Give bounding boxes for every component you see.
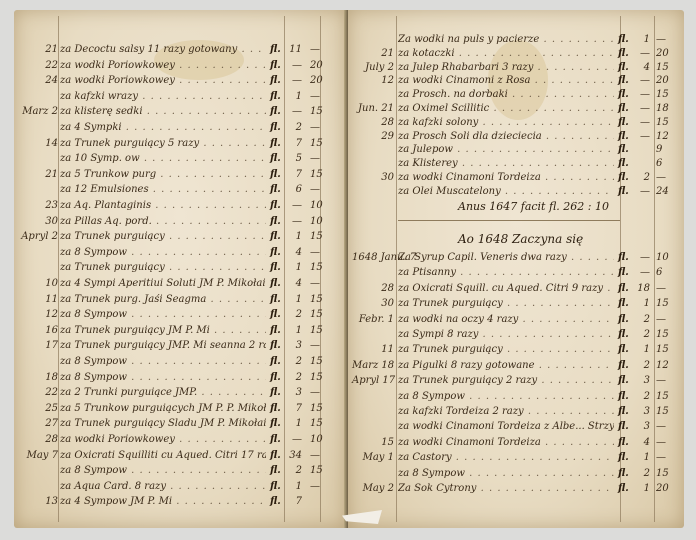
entry-date: 30 bbox=[352, 172, 394, 183]
entry-groszy: 15 bbox=[310, 169, 323, 180]
entry-description: za Trunek purguiący bbox=[60, 231, 266, 242]
entry-description: Za Sok Cytrony bbox=[398, 483, 614, 494]
entry-description: za 8 Sympow bbox=[60, 465, 266, 476]
entry-florins: 1 bbox=[276, 481, 302, 492]
entry-date: 30 bbox=[352, 298, 394, 309]
entry-groszy: 15 bbox=[656, 89, 669, 100]
entry-groszy: 15 bbox=[656, 62, 669, 73]
entry-groszy: — bbox=[656, 34, 666, 45]
entry-date: May 1 bbox=[352, 452, 394, 463]
entry-florins: 2 bbox=[276, 309, 302, 320]
entry-date: 21 bbox=[18, 169, 58, 180]
entry-description: za 8 Sympow bbox=[398, 391, 614, 402]
entry-description: za wodki Poriowkowey bbox=[60, 434, 266, 445]
entry-description: za Trunek purguiący bbox=[398, 298, 614, 309]
entry-description: za 8 Sympow bbox=[60, 309, 266, 320]
entry-florins: 7 bbox=[276, 138, 302, 149]
entry-description: za 8 Sympow bbox=[60, 372, 266, 383]
entry-groszy: 6 bbox=[656, 158, 662, 169]
entry-date: 28 bbox=[352, 283, 394, 294]
entry-description: za 8 Sympow bbox=[60, 247, 266, 258]
entry-groszy: — bbox=[656, 437, 666, 448]
entry-description: za Oxicrati Squilliti cu Aqued. Citri 17… bbox=[60, 450, 266, 461]
entry-description: za Decoctu salsy 11 razy gotowany bbox=[60, 44, 266, 55]
entry-description: za 5 Trunkow purguiących JM P. P. Mikoła… bbox=[60, 403, 266, 414]
entry-date: July 2 bbox=[352, 62, 394, 73]
entry-florins: 2 bbox=[624, 329, 650, 340]
entry-florins: — bbox=[624, 48, 650, 59]
entry-groszy: — bbox=[310, 122, 320, 133]
entry-florins: 1 bbox=[624, 34, 650, 45]
year-total: Anus 1647 facit fl. 262 : 10 bbox=[458, 200, 609, 213]
entry-groszy: 20 bbox=[310, 75, 323, 86]
entry-description: za Aqua Card. 8 razy bbox=[60, 481, 266, 492]
entry-florins: — bbox=[624, 267, 650, 278]
entry-groszy: 15 bbox=[656, 344, 669, 355]
florin-mark: fl. bbox=[618, 144, 629, 155]
entry-description: Za Syrup Capil. Veneris dwa razy bbox=[398, 252, 614, 263]
entry-florins: 4 bbox=[624, 62, 650, 73]
entry-groszy: 15 bbox=[310, 309, 323, 320]
entry-groszy: — bbox=[656, 283, 666, 294]
entry-date: 30 bbox=[18, 216, 58, 227]
entry-date: 29 bbox=[352, 131, 394, 142]
entry-description: za Trunek purguiący 2 razy bbox=[398, 375, 614, 386]
entry-groszy: 15 bbox=[656, 117, 669, 128]
entry-florins: 3 bbox=[624, 375, 650, 386]
entry-florins: — bbox=[276, 75, 302, 86]
entry-date: 27 bbox=[18, 418, 58, 429]
entry-florins: 1 bbox=[276, 231, 302, 242]
left-page: 21za Decoctu salsy 11 razy gotowanyfl.11… bbox=[14, 10, 346, 528]
entry-description: za wodki Poriowkowey bbox=[60, 60, 266, 71]
entry-groszy: 15 bbox=[310, 372, 323, 383]
entry-groszy: — bbox=[656, 375, 666, 386]
entry-florins: — bbox=[276, 200, 302, 211]
entry-date: Marz 18 bbox=[352, 360, 394, 371]
florin-mark: fl. bbox=[618, 158, 629, 169]
entry-date: 10 bbox=[18, 278, 58, 289]
entry-florins: 1 bbox=[276, 294, 302, 305]
entry-description: za Julepow bbox=[398, 144, 614, 155]
entry-florins: 4 bbox=[624, 437, 650, 448]
entry-florins: 1 bbox=[624, 483, 650, 494]
entry-florins: — bbox=[276, 216, 302, 227]
entry-description: za Prosch Soli dla dzieciecia bbox=[398, 131, 614, 142]
entry-florins: 1 bbox=[624, 452, 650, 463]
entry-description: za 4 Sympki bbox=[60, 122, 266, 133]
entry-date: 22 bbox=[18, 60, 58, 71]
entry-groszy: — bbox=[310, 387, 320, 398]
entry-description: za kotaczki bbox=[398, 48, 614, 59]
entry-groszy: 15 bbox=[656, 391, 669, 402]
entry-groszy: 12 bbox=[656, 131, 669, 142]
entry-florins: 1 bbox=[276, 91, 302, 102]
entry-florins: 4 bbox=[276, 247, 302, 258]
entry-description: za 12 Emulsiones bbox=[60, 184, 266, 195]
entry-groszy: 6 bbox=[656, 267, 662, 278]
entry-groszy: — bbox=[310, 184, 320, 195]
entry-groszy: 20 bbox=[656, 483, 669, 494]
entry-groszy: 15 bbox=[310, 106, 323, 117]
ledger-entry: May 2Za Sok Cytronyfl.120 bbox=[348, 483, 684, 501]
entry-florins: 6 bbox=[276, 184, 302, 195]
entry-groszy: — bbox=[656, 421, 666, 432]
entry-groszy: 9 bbox=[656, 144, 662, 155]
entry-florins: — bbox=[624, 75, 650, 86]
entry-description: za wodki Poriowkowey bbox=[60, 75, 266, 86]
entry-florins: 1 bbox=[624, 344, 650, 355]
entry-description: za 8 Sympow bbox=[398, 468, 614, 479]
entry-groszy: — bbox=[310, 44, 320, 55]
entry-groszy: — bbox=[656, 172, 666, 183]
entry-florins: 2 bbox=[624, 314, 650, 325]
entry-groszy: — bbox=[310, 247, 320, 258]
entry-date: 12 bbox=[18, 309, 58, 320]
entry-groszy: 12 bbox=[656, 360, 669, 371]
entry-florins: 3 bbox=[624, 421, 650, 432]
entry-date: May 7 bbox=[18, 450, 58, 461]
entry-groszy: 20 bbox=[656, 75, 669, 86]
entry-florins: — bbox=[624, 117, 650, 128]
entry-groszy: — bbox=[310, 340, 320, 351]
entry-florins: 2 bbox=[624, 360, 650, 371]
entry-groszy: 10 bbox=[310, 200, 323, 211]
entry-florins: 2 bbox=[624, 172, 650, 183]
entry-florins: 5 bbox=[276, 153, 302, 164]
entry-groszy: — bbox=[310, 450, 320, 461]
entry-florins: 4 bbox=[276, 278, 302, 289]
entry-florins: 1 bbox=[624, 298, 650, 309]
entry-groszy: 15 bbox=[656, 329, 669, 340]
entry-florins: 1 bbox=[276, 418, 302, 429]
entry-florins: 7 bbox=[276, 403, 302, 414]
entry-groszy: 20 bbox=[656, 48, 669, 59]
entry-date: 18 bbox=[18, 372, 58, 383]
entry-date: Febr. 1 bbox=[352, 314, 394, 325]
entry-description: za 5 Trunkow purg bbox=[60, 169, 266, 180]
entry-description: za Prosch. na dorbaki bbox=[398, 89, 614, 100]
entry-description: za Trunek purguiący bbox=[398, 344, 614, 355]
entry-description: za Pigulki 8 razy gotowane bbox=[398, 360, 614, 371]
entry-description: za Trunek purguiący JM P. Mi bbox=[60, 325, 266, 336]
entry-description: za Sympi 8 razy bbox=[398, 329, 614, 340]
entry-florins: — bbox=[624, 131, 650, 142]
entry-groszy: 10 bbox=[310, 216, 323, 227]
entry-groszy: 15 bbox=[310, 231, 323, 242]
entry-florins: 2 bbox=[276, 356, 302, 367]
entry-date: 22 bbox=[18, 387, 58, 398]
entry-date: 1648 Janu. 7 bbox=[352, 252, 394, 263]
entry-date: May 2 bbox=[352, 483, 394, 494]
entry-date: Jun. 21 bbox=[352, 103, 394, 114]
entry-date: 16 bbox=[18, 325, 58, 336]
entry-groszy: 15 bbox=[310, 325, 323, 336]
entry-date: 12 bbox=[352, 75, 394, 86]
entry-groszy: 10 bbox=[310, 434, 323, 445]
entry-groszy: 18 bbox=[656, 103, 669, 114]
torn-corner bbox=[342, 510, 382, 524]
ledger-entry: 13za 4 Sympow JM P. Mifl.7 bbox=[14, 496, 346, 514]
entry-description: za Trunek purg. Jaśi Seagma bbox=[60, 294, 266, 305]
entry-description: za Aq. Plantaginis bbox=[60, 200, 266, 211]
entry-florins: 3 bbox=[276, 340, 302, 351]
entry-florins: 2 bbox=[624, 391, 650, 402]
entry-florins: 2 bbox=[276, 465, 302, 476]
entry-date: 25 bbox=[18, 403, 58, 414]
entry-description: za 4 Sympi Aperitiui Soluti JM P. Mikoła… bbox=[60, 278, 266, 289]
entry-florins: 1 bbox=[276, 325, 302, 336]
entry-florins: — bbox=[276, 434, 302, 445]
new-year-heading: Ao 1648 Zaczyna się bbox=[458, 232, 583, 246]
entry-florins: — bbox=[624, 89, 650, 100]
entry-groszy: 15 bbox=[310, 418, 323, 429]
entry-groszy: 15 bbox=[310, 294, 323, 305]
entry-description: za wodki Cinamoni Tordeiza bbox=[398, 437, 614, 448]
entry-florins: 34 bbox=[276, 450, 302, 461]
entry-date: 28 bbox=[18, 434, 58, 445]
entry-groszy: — bbox=[310, 91, 320, 102]
entry-description: za 2 Trunki purguiące JMP. bbox=[60, 387, 266, 398]
entry-florins: 7 bbox=[276, 496, 302, 507]
entry-description: za Klisterey bbox=[398, 158, 614, 169]
entry-description: za 10 Symp. ow bbox=[60, 153, 266, 164]
entry-florins: — bbox=[276, 106, 302, 117]
entry-groszy: 15 bbox=[310, 138, 323, 149]
entry-groszy: — bbox=[310, 278, 320, 289]
entry-description: Za wodki na puls y pacierze bbox=[398, 34, 614, 45]
entry-description: za 8 Sympow bbox=[60, 356, 266, 367]
entry-description: za wodki Cinamoni Tordeiza bbox=[398, 172, 614, 183]
entry-groszy: 10 bbox=[656, 252, 669, 263]
entry-groszy: — bbox=[310, 153, 320, 164]
entry-date: 13 bbox=[18, 496, 58, 507]
entry-date: 21 bbox=[352, 48, 394, 59]
entry-groszy: 15 bbox=[310, 465, 323, 476]
entry-florins: — bbox=[624, 186, 650, 197]
entry-description: za wodki Cinamoni z Rosa bbox=[398, 75, 614, 86]
entry-description: za wodki Cinamoni Tordeiza z Albe... Str… bbox=[398, 421, 614, 432]
right-page: Za wodki na puls y pacierzefl.1—21za kot… bbox=[348, 10, 684, 528]
entry-description: za wodki na oczy 4 razy bbox=[398, 314, 614, 325]
entry-groszy: 24 bbox=[656, 186, 669, 197]
entry-description: za kafzki Tordeiza 2 razy bbox=[398, 406, 614, 417]
entry-description: za Trunek purguiący JMP. Mi seanna 2 raz… bbox=[60, 340, 266, 351]
entry-description: za Trunek purguiący Sladu JM P. Mikołaie… bbox=[60, 418, 266, 429]
total-rule bbox=[398, 220, 620, 221]
entry-description: za 4 Sympow JM P. Mi bbox=[60, 496, 266, 507]
entry-description: za Oxicrati Squill. cu Aqued. Citri 9 ra… bbox=[398, 283, 614, 294]
entry-florins: 2 bbox=[276, 372, 302, 383]
entry-groszy: — bbox=[656, 314, 666, 325]
entry-florins: 2 bbox=[276, 122, 302, 133]
entry-groszy: 15 bbox=[656, 298, 669, 309]
entry-florins: 18 bbox=[624, 283, 650, 294]
entry-description: za Castory bbox=[398, 452, 614, 463]
entry-description: za kafzki solony bbox=[398, 117, 614, 128]
entry-date: Marz 2 bbox=[18, 106, 58, 117]
entry-groszy: — bbox=[656, 452, 666, 463]
entry-description: za Pillas Aq. pord. bbox=[60, 216, 266, 227]
entry-description: za Trunek purguiący bbox=[60, 262, 266, 273]
entry-florins: 2 bbox=[624, 468, 650, 479]
entry-description: za Julep Rhabarbari 3 razy bbox=[398, 62, 614, 73]
entry-date: 21 bbox=[18, 44, 58, 55]
entry-date: Apryl 2 bbox=[18, 231, 58, 242]
entry-description: za Trunek purguiący 5 razy bbox=[60, 138, 266, 149]
entry-date: 17 bbox=[18, 340, 58, 351]
entry-florins: 1 bbox=[276, 262, 302, 273]
entry-description: za kafzki wrazy bbox=[60, 91, 266, 102]
entry-date: Apryl 17 bbox=[352, 375, 394, 386]
entry-florins: — bbox=[624, 252, 650, 263]
entry-description: za klisterę sedki bbox=[60, 106, 266, 117]
entry-description: za Oximel Scillitic bbox=[398, 103, 614, 114]
entry-groszy: 15 bbox=[310, 262, 323, 273]
entry-florins: — bbox=[624, 103, 650, 114]
entry-groszy: 15 bbox=[310, 356, 323, 367]
entry-florins: — bbox=[276, 60, 302, 71]
entry-date: 14 bbox=[18, 138, 58, 149]
entry-description: za Olei Muscatelony bbox=[398, 186, 614, 197]
entry-description: za Ptisanny bbox=[398, 267, 614, 278]
ledger-spread: 21za Decoctu salsy 11 razy gotowanyfl.11… bbox=[14, 10, 684, 528]
entry-date: 11 bbox=[18, 294, 58, 305]
entry-groszy: 15 bbox=[656, 406, 669, 417]
entry-florins: 7 bbox=[276, 169, 302, 180]
entry-date: 23 bbox=[18, 200, 58, 211]
entry-florins: 3 bbox=[624, 406, 650, 417]
entry-florins: 3 bbox=[276, 387, 302, 398]
entry-date: 24 bbox=[18, 75, 58, 86]
entry-groszy: 15 bbox=[310, 403, 323, 414]
entry-groszy: — bbox=[310, 481, 320, 492]
entry-date: 28 bbox=[352, 117, 394, 128]
entry-date: 11 bbox=[352, 344, 394, 355]
entry-groszy: 20 bbox=[310, 60, 323, 71]
entry-groszy: 15 bbox=[656, 468, 669, 479]
entry-florins: 11 bbox=[276, 44, 302, 55]
entry-date: 15 bbox=[352, 437, 394, 448]
